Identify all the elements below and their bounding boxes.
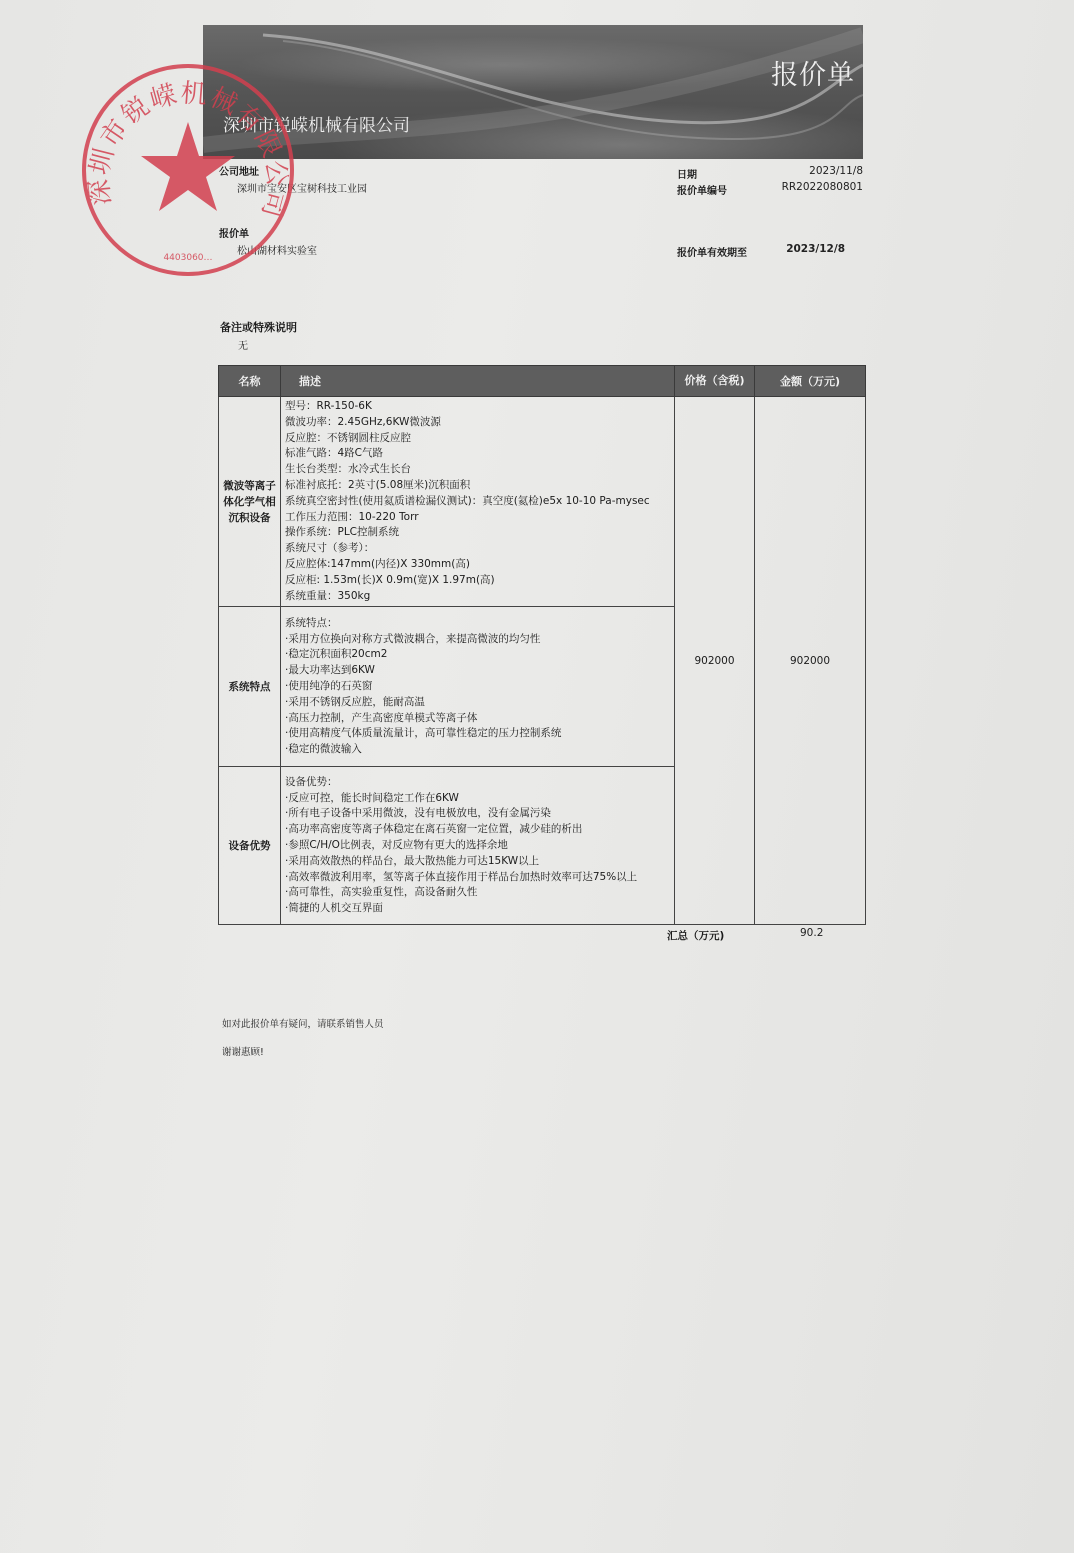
description-line: ·采用高效散热的样品台，最大散热能力可达15KW以上	[285, 854, 670, 870]
description-line: ·使用纯净的石英窗	[285, 679, 670, 695]
table-header-row: 名称 描述 价格（含税) 金额（万元)	[219, 366, 866, 397]
item-name: 微波等离子体化学气相沉积设备	[219, 397, 281, 607]
item-price: 902000	[675, 397, 755, 925]
item-description: 系统特点：·采用方位换向对称方式微波耦合，来提高微波的均匀性·稳定沉积面积20c…	[281, 607, 675, 767]
header-price: 价格（含税)	[675, 366, 755, 397]
description-line: ·高可靠性，高实验重复性，高设备耐久性	[285, 885, 670, 901]
header-name: 名称	[219, 366, 281, 397]
contact-note: 如对此报价单有疑问，请联系销售人员	[222, 1016, 384, 1030]
company-address-value: 深圳市宝安区宝树科技工业园	[237, 180, 367, 195]
thanks-note: 谢谢惠顾!	[222, 1044, 264, 1058]
description-line: 生长台类型：水冷式生长台	[285, 462, 670, 478]
valid-until-label: 报价单有效期至	[677, 244, 747, 259]
description-line: 设备优势：	[285, 775, 670, 791]
quote-to-label: 报价单	[219, 225, 249, 240]
quote-number-label: 报价单编号	[677, 182, 727, 197]
valid-until-value: 2023/12/8	[786, 243, 845, 255]
item-amount: 902000	[755, 397, 866, 925]
description-line: ·采用方位换向对称方式微波耦合，来提高微波的均匀性	[285, 632, 670, 648]
description-line: 标准气路：4路C气路	[285, 446, 670, 462]
description-line: 系统特点：	[285, 616, 670, 632]
header-banner: 报价单 深圳市锐嵘机械有限公司	[203, 25, 863, 159]
description-line: ·高压力控制，产生高密度单模式等离子体	[285, 711, 670, 727]
quote-table: 名称 描述 价格（含税) 金额（万元) 微波等离子体化学气相沉积设备 型号：RR…	[218, 365, 866, 925]
total-value: 90.2	[800, 927, 823, 939]
seal-code: 4403060…	[163, 253, 212, 263]
total-label: 汇总（万元)	[667, 928, 724, 943]
wave-decoration-icon	[203, 25, 863, 159]
description-line: ·所有电子设备中采用微波，没有电极放电，没有金属污染	[285, 806, 670, 822]
header-amount: 金额（万元)	[755, 366, 866, 397]
header-description: 描述	[281, 366, 675, 397]
date-label: 日期	[677, 166, 697, 181]
description-line: ·参照C/H/O比例表，对反应物有更大的选择余地	[285, 838, 670, 854]
remarks-label: 备注或特殊说明	[220, 319, 297, 335]
description-line: 工作压力范围：10-220 Torr	[285, 510, 670, 526]
description-line: 型号：RR-150-6K	[285, 399, 670, 415]
description-line: ·反应可控，能长时间稳定工作在6KW	[285, 791, 670, 807]
description-line: 微波功率：2.45GHz,6KW微波源	[285, 415, 670, 431]
item-description: 设备优势：·反应可控，能长时间稳定工作在6KW·所有电子设备中采用微波，没有电极…	[281, 767, 675, 925]
quotation-page: 报价单 深圳市锐嵘机械有限公司 公司地址 深圳市宝安区宝树科技工业园 报价单 松…	[0, 0, 1074, 1553]
remarks-value: 无	[238, 337, 248, 352]
description-line: ·简捷的人机交互界面	[285, 901, 670, 917]
quote-to-value: 松山湖材料实验室	[237, 242, 317, 257]
quote-number-value: RR2022080801	[782, 181, 863, 193]
description-line: ·高功率高密度等离子体稳定在离石英窗一定位置，减少硅的析出	[285, 822, 670, 838]
item-name: 系统特点	[219, 607, 281, 767]
description-line: ·采用不锈钢反应腔，能耐高温	[285, 695, 670, 711]
description-line: 系统真空密封性(使用氦质谱检漏仪测试)：真空度(氦检)e5x 10-10 Pa-…	[285, 494, 670, 510]
description-line: 反应腔：不锈钢圆柱反应腔	[285, 431, 670, 447]
document-title: 报价单	[771, 53, 855, 92]
description-line: 标准衬底托：2英寸(5.08厘米)沉积面积	[285, 478, 670, 494]
item-description: 型号：RR-150-6K微波功率：2.45GHz,6KW微波源反应腔：不锈钢圆柱…	[281, 397, 675, 607]
description-line: 反应柜: 1.53m(长)X 0.9m(宽)X 1.97m(高)	[285, 573, 670, 589]
description-line: ·高效率微波利用率，氢等离子体直接作用于样品台加热时效率可达75%以上	[285, 870, 670, 886]
company-name: 深圳市锐嵘机械有限公司	[223, 111, 410, 136]
description-line: ·使用高精度气体质量流量计，高可靠性稳定的压力控制系统	[285, 726, 670, 742]
description-line: 系统尺寸（参考）：	[285, 541, 670, 557]
description-line: 反应腔体:147mm(内径)X 330mm(高)	[285, 557, 670, 573]
description-line: ·最大功率达到6KW	[285, 663, 670, 679]
description-line: 系统重量：350kg	[285, 589, 670, 605]
description-line: ·稳定沉积面积20cm2	[285, 647, 670, 663]
date-value: 2023/11/8	[809, 165, 863, 177]
item-name: 设备优势	[219, 767, 281, 925]
description-line: ·稳定的微波输入	[285, 742, 670, 758]
table-row: 微波等离子体化学气相沉积设备 型号：RR-150-6K微波功率：2.45GHz,…	[219, 397, 866, 607]
company-address-label: 公司地址	[219, 163, 259, 178]
description-line: 操作系统：PLC控制系统	[285, 525, 670, 541]
